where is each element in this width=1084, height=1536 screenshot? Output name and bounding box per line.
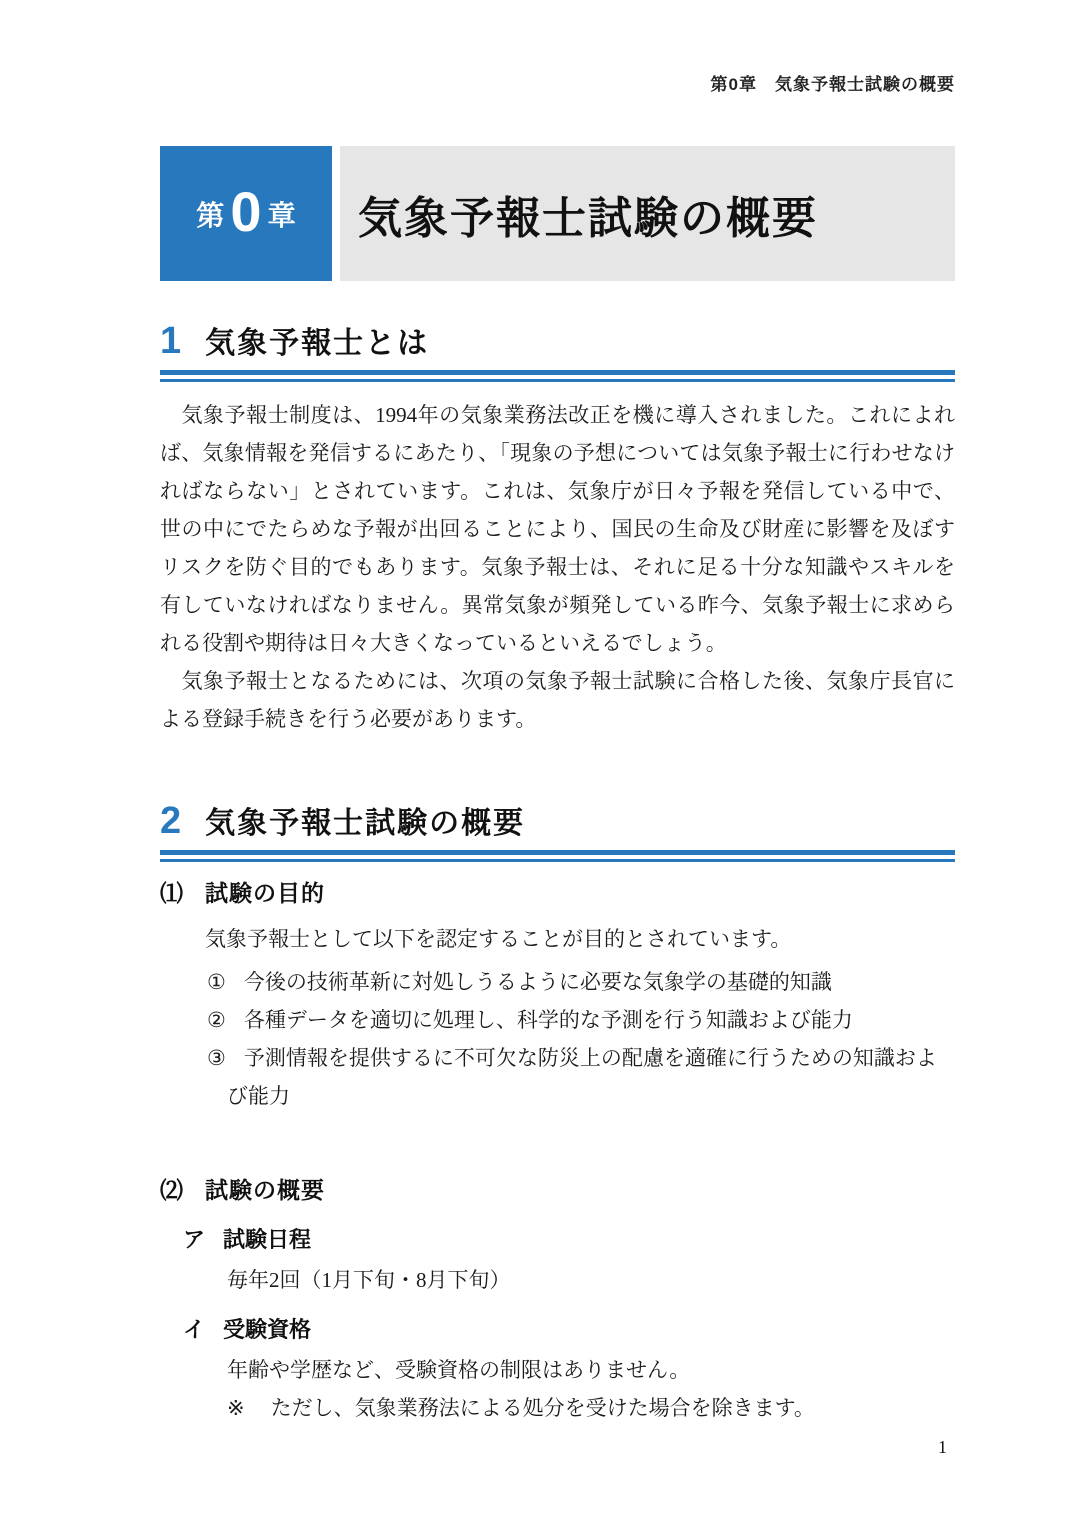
subsection-purpose-title: 試験の目的 bbox=[205, 874, 325, 912]
item-3-marker: ③ bbox=[207, 1046, 226, 1070]
section-2-body: ⑴ 試験の目的 気象予報士として以下を認定することが目的とされています。 ①今後… bbox=[160, 874, 955, 1427]
note-text: ただし、気象業務法による処分を受けた場合を除きます。 bbox=[271, 1396, 815, 1420]
eligibility-heading: イ受験資格 bbox=[183, 1311, 955, 1349]
schedule-heading: ア試験日程 bbox=[183, 1221, 955, 1259]
chapter-suffix: 章 bbox=[268, 194, 296, 234]
chapter-number: 0 bbox=[230, 184, 261, 240]
subsection-purpose-label: ⑴ bbox=[160, 874, 183, 912]
schedule-heading-text: 試験日程 bbox=[223, 1227, 311, 1252]
chapter-title: 気象予報士試験の概要 bbox=[358, 182, 818, 246]
document-page: 第0章 気象予報士試験の概要 第 0 章 気象予報士試験の概要 1 気象予報士と… bbox=[0, 0, 1084, 1536]
paragraph-1: 気象予報士制度は、1994年の気象業務法改正を機に導入されました。これによれば、… bbox=[160, 396, 955, 662]
item-3-text: 予測情報を提供するに不可欠な防災上の配慮を適確に行うための知識および能力 bbox=[227, 1046, 937, 1108]
purpose-item-3: ③予測情報を提供するに不可欠な防災上の配慮を適確に行うための知識および能力 bbox=[160, 1039, 955, 1115]
purpose-item-list: ①今後の技術革新に対処しうるように必要な気象学の基礎的知識 ②各種データを適切に… bbox=[160, 963, 955, 1115]
section-1-title: 気象予報士とは bbox=[205, 318, 429, 362]
page-number: 1 bbox=[938, 1437, 947, 1458]
chapter-banner: 第 0 章 気象予報士試験の概要 bbox=[160, 146, 955, 281]
subsection-purpose-heading: ⑴ 試験の目的 bbox=[160, 874, 955, 912]
purpose-item-1: ①今後の技術革新に対処しうるように必要な気象学の基礎的知識 bbox=[160, 963, 955, 1001]
schedule-marker: ア bbox=[183, 1227, 205, 1252]
subsection-overview-title: 試験の概要 bbox=[205, 1171, 325, 1209]
chapter-prefix: 第 bbox=[196, 194, 224, 234]
subsection-overview-label: ⑵ bbox=[160, 1171, 183, 1209]
subsection-overview-heading: ⑵ 試験の概要 bbox=[160, 1171, 955, 1209]
section-1-rule bbox=[160, 370, 955, 382]
section-1-heading: 1 気象予報士とは bbox=[160, 318, 955, 382]
chapter-title-box: 気象予報士試験の概要 bbox=[340, 146, 955, 281]
item-1-text: 今後の技術革新に対処しうるように必要な気象学の基礎的知識 bbox=[244, 970, 832, 994]
item-2-marker: ② bbox=[207, 1008, 226, 1032]
item-2-text: 各種データを適切に処理し、科学的な予測を行う知識および能力 bbox=[244, 1008, 853, 1032]
eligibility-marker: イ bbox=[183, 1317, 205, 1342]
eligibility-note: ※ただし、気象業務法による処分を受けた場合を除きます。 bbox=[227, 1389, 955, 1427]
note-marker: ※ bbox=[227, 1396, 245, 1420]
eligibility-body: 年齢や学歴など、受験資格の制限はありません。 bbox=[227, 1351, 955, 1389]
section-1-body: 気象予報士制度は、1994年の気象業務法改正を機に導入されました。これによれば、… bbox=[160, 396, 955, 738]
running-header: 第0章 気象予報士試験の概要 bbox=[711, 70, 955, 95]
section-1-number: 1 bbox=[160, 322, 181, 360]
paragraph-2: 気象予報士となるためには、次項の気象予報士試験に合格した後、気象庁長官による登録… bbox=[160, 662, 955, 738]
section-2-number: 2 bbox=[160, 802, 181, 840]
eligibility-heading-text: 受験資格 bbox=[223, 1317, 311, 1342]
schedule-body: 毎年2回（1月下旬・8月下旬） bbox=[227, 1261, 955, 1299]
purpose-item-2: ②各種データを適切に処理し、科学的な予測を行う知識および能力 bbox=[160, 1001, 955, 1039]
item-1-marker: ① bbox=[207, 970, 226, 994]
chapter-number-box: 第 0 章 bbox=[160, 146, 332, 281]
section-2-rule bbox=[160, 850, 955, 862]
section-2-heading: 2 気象予報士試験の概要 bbox=[160, 798, 955, 862]
purpose-lead: 気象予報士として以下を認定することが目的とされています。 bbox=[205, 920, 955, 958]
section-2-title: 気象予報士試験の概要 bbox=[205, 798, 525, 842]
